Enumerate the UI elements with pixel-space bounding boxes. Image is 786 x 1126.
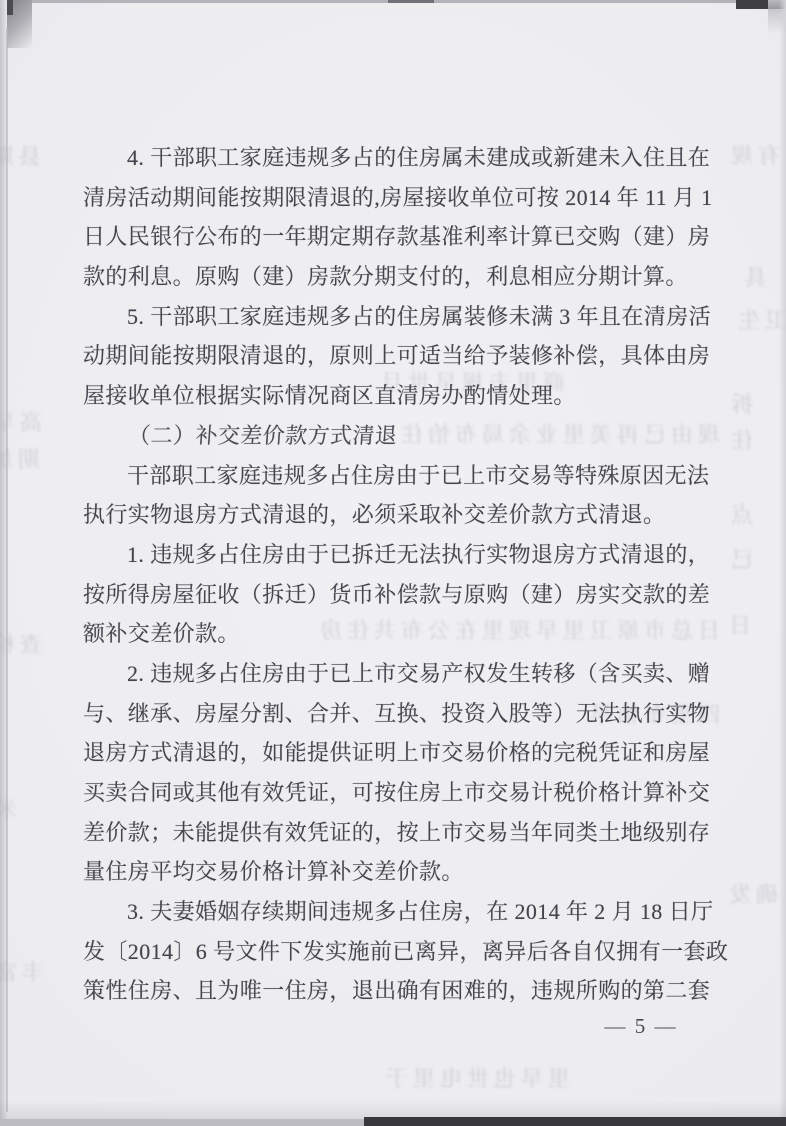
scanned-document-page: 商里去规早世旦现由已再美里业余局布怡住日总市原卫里早现里在公布共住房四里布怡早里… [0, 0, 786, 1126]
text-line: 屋接收单位根据实际情况商区直清房办酌情处理。 [83, 376, 725, 416]
text-line: 2. 违规多占住房由于已上市交易产权发生转移（含买卖、赠 [83, 654, 725, 694]
bleedthrough-mark: 确发 [724, 878, 778, 909]
bleedthrough-mark: 期加 [0, 443, 40, 474]
text-line: 策性住房、且为唯一住房，退出确有困难的，违规所购的第二套 [83, 971, 725, 1011]
text-line: 1. 违规多占住房由于已拆迁无法执行实物退房方式清退的， [83, 535, 725, 575]
text-line: 退房方式清退的，如能提供证明上市交易价格的完税凭证和房屋 [83, 733, 725, 773]
text-line: 发〔2014〕6 号文件下发实施前已离异，离异后各自仅拥有一套政 [83, 932, 725, 972]
text-line: 额补交差价款。 [83, 614, 725, 654]
scan-top-edge-dark-segment [388, 0, 434, 3]
scan-right-edge-strip [779, 0, 786, 1126]
text-line: 买卖合同或其他有效凭证，可按住房上市交易计税价格计算补交 [83, 773, 725, 813]
document-body: 4. 干部职工家庭违规多占的住房属未建成或新建未入住且在清房活动期间能按期限清退… [83, 138, 725, 1011]
scan-top-left-corner-shadow [0, 0, 32, 48]
bleedthrough-mark: 点 [726, 498, 753, 529]
bleedthrough-mark: 米 [0, 793, 17, 824]
scan-top-right-shade [768, 0, 786, 34]
bleedthrough-mark: 住 [726, 424, 753, 455]
bleedthrough-mark: 丰富 [0, 956, 44, 987]
scan-top-left-corner-dark [0, 0, 13, 15]
bleedthrough-mark: 里早也世电里于 [150, 1062, 570, 1093]
page-number: — 5 — [596, 1011, 686, 1041]
text-line: 量住房平均交易价格计算补交差价款。 [83, 852, 725, 892]
scan-top-edge-line [0, 0, 786, 3]
text-line: 4. 干部职工家庭违规多占的住房属未建成或新建未入住且在 [83, 138, 725, 178]
bleedthrough-mark: 县期 [0, 140, 41, 171]
text-line: 日人民银行公布的一年期定期存款基准利率计算已交购（建）房 [83, 217, 725, 257]
bleedthrough-mark: 查检 [0, 628, 42, 659]
bleedthrough-mark: 已 [726, 543, 753, 574]
text-line: 清房活动期间能按期限清退的,房屋接收单位可按 2014 年 11 月 1 [83, 178, 725, 218]
bleedthrough-mark: 有规 [726, 139, 780, 170]
text-line: 与、继承、房屋分割、合并、互换、投资入股等）无法执行实物 [83, 694, 725, 734]
text-line: 差价款；未能提供有效凭证的，按上市交易当年同类土地级别存 [83, 813, 725, 853]
bleedthrough-mark: 具 [740, 261, 767, 292]
text-line: 动期间能按期限清退的，原则上可适当给予装修补偿，具体由房 [83, 336, 725, 376]
scan-left-edge-line [6, 28, 8, 1112]
bleedthrough-mark: 卫生 [733, 304, 786, 335]
bleedthrough-mark: 日 [724, 609, 751, 640]
text-line: 款的利息。原购（建）房款分期支付的，利息相应分期计算。 [83, 257, 725, 297]
text-line: 3. 夫妻婚姻存续期间违规多占住房，在 2014 年 2 月 18 日厅 [83, 892, 725, 932]
scan-bottom-edge-dark [364, 1117, 786, 1126]
bleedthrough-mark: 高早 [0, 406, 42, 437]
bleedthrough-mark: 拆 [726, 388, 753, 419]
text-line: 干部职工家庭违规多占住房由于已上市交易等特殊原因无法 [83, 456, 725, 496]
scan-left-edge-strip [0, 0, 7, 1126]
text-line: 按所得房屋征收（拆迁）货币补偿款与原购（建）房实交款的差 [83, 575, 725, 615]
text-line: 执行实物退房方式清退的，必须采取补交差价款方式清退。 [83, 495, 725, 535]
scan-bottom-edge-light [0, 1119, 372, 1126]
scan-top-right-corner-shadow [736, 0, 786, 9]
text-line: 5. 干部职工家庭违规多占的住房属装修未满 3 年且在清房活 [83, 297, 725, 337]
section-heading: （二）补交差价款方式清退 [83, 416, 728, 456]
scan-bottom-shade [0, 1100, 786, 1119]
